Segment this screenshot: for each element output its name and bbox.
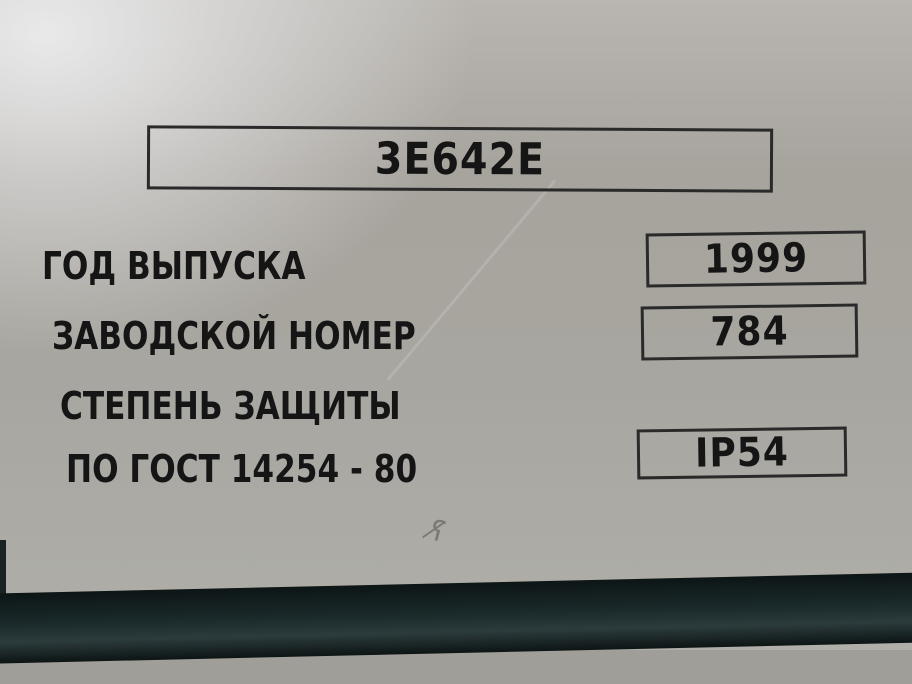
model-number: 3E642E: [375, 133, 546, 185]
protection-degree-label: СТЕПЕНЬ ЗАЩИТЫ: [60, 384, 401, 428]
protection-rating-box: IP54: [637, 427, 848, 480]
year-of-manufacture-value: 1999: [704, 235, 809, 282]
frame-edge-left: [0, 540, 6, 600]
serial-number-label: ЗАВОДСКОЙ НОМЕР: [52, 314, 416, 358]
protection-standard-label: ПО ГОСТ 14254 - 80: [66, 447, 417, 491]
year-of-manufacture-label: ГОД ВЫПУСКА: [42, 244, 306, 288]
serial-number-value: 784: [710, 308, 789, 355]
protection-rating-value: IP54: [695, 429, 789, 476]
year-of-manufacture-box: 1999: [646, 230, 867, 287]
serial-number-box: 784: [641, 303, 859, 360]
model-number-box: 3E642E: [147, 125, 773, 192]
